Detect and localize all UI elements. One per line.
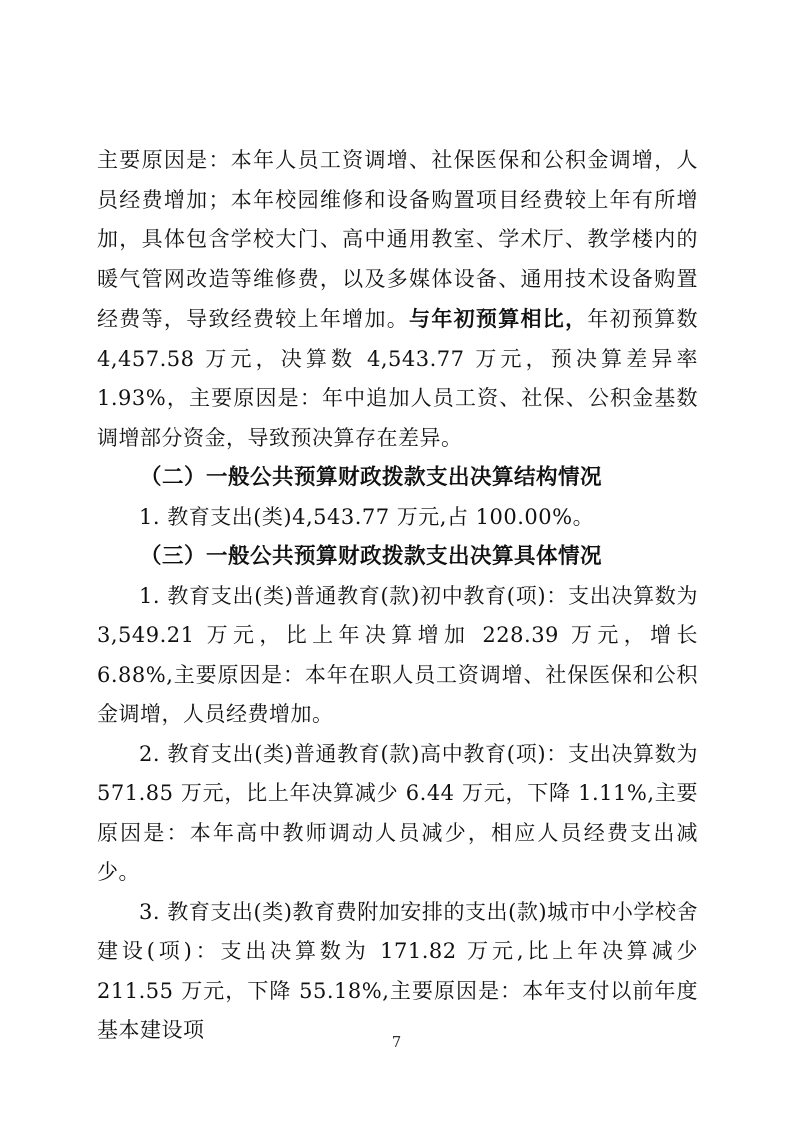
section-heading-expenditure-details: （三）一般公共预算财政拨款支出决算具体情况 [97,537,698,577]
page-number: 7 [0,1033,793,1051]
document-body: 主要原因是：本年人员工资调增、社保医保和公积金调增，人员经费增加；本年校园维修和… [97,141,698,1051]
paragraph-expenditure-structure-item: 1. 教育支出(类)4,543.77 万元,占 100.00%。 [97,498,698,538]
paragraph-text-before-bold: 主要原因是：本年人员工资调增、社保医保和公积金调增，人员经费增加；本年校园维修和… [97,148,698,331]
paragraph-senior-high-education: 2. 教育支出(类)普通教育(款)高中教育(项)：支出决算数为 571.85 万… [97,735,698,893]
bold-phrase-budget-comparison: 与年初预算相比， [409,306,587,331]
paragraph-budget-comparison: 主要原因是：本年人员工资调增、社保医保和公积金调增，人员经费增加；本年校园维修和… [97,141,698,458]
paragraph-junior-high-education: 1. 教育支出(类)普通教育(款)初中教育(项)：支出决算数为 3,549.21… [97,577,698,735]
section-heading-expenditure-structure: （二）一般公共预算财政拨款支出决算结构情况 [97,458,698,498]
document-page: 主要原因是：本年人员工资调增、社保医保和公积金调增，人员经费增加；本年校园维修和… [0,0,793,1122]
paragraph-school-construction: 3. 教育支出(类)教育费附加安排的支出(款)城市中小学校舍建设(项)：支出决算… [97,893,698,1051]
